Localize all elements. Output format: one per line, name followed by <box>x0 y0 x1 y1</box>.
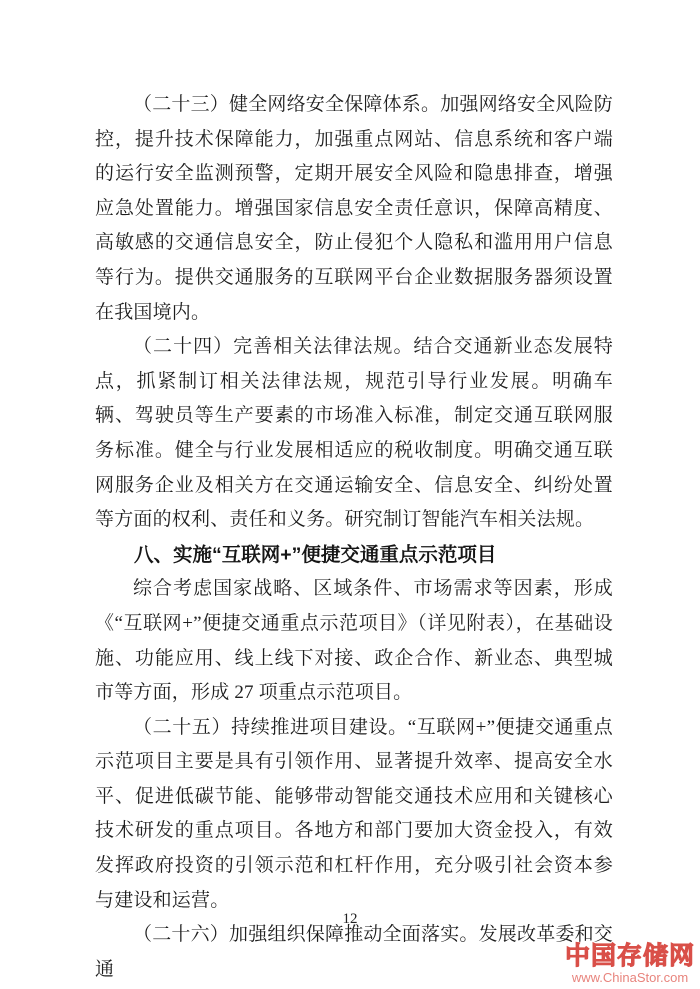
paragraph-26-organizational-support: （二十六）加强组织保障推动全面落实。发展改革委和交通 <box>95 918 613 987</box>
document-page: （二十三）健全网络安全保障体系。加强网络安全风险防控，提升技术保障能力，加强重点… <box>0 0 700 989</box>
page-number: 12 <box>0 910 700 928</box>
watermark: 中国存储网 www.ChinaStor.com <box>565 943 695 985</box>
watermark-site-url: www.ChinaStor.com <box>565 971 695 985</box>
paragraph-25-project-construction: （二十五）持续推进项目建设。“互联网+”便捷交通重点示范项目主要是具有引领作用、… <box>95 711 613 919</box>
paragraph-24-laws-regulations: （二十四）完善相关法律法规。结合交通新业态发展特点，抓紧制订相关法律法规，规范引… <box>95 330 613 538</box>
document-body: （二十三）健全网络安全保障体系。加强网络安全风险防控，提升技术保障能力，加强重点… <box>95 88 613 987</box>
paragraph-23-network-security: （二十三）健全网络安全保障体系。加强网络安全风险防控，提升技术保障能力，加强重点… <box>95 88 613 330</box>
section-heading-8: 八、实施“互联网+”便捷交通重点示范项目 <box>95 538 613 573</box>
watermark-site-name: 中国存储网 <box>565 943 695 970</box>
paragraph-demo-projects-intro: 综合考虑国家战略、区域条件、市场需求等因素，形成《“互联网+”便捷交通重点示范项… <box>95 572 613 710</box>
